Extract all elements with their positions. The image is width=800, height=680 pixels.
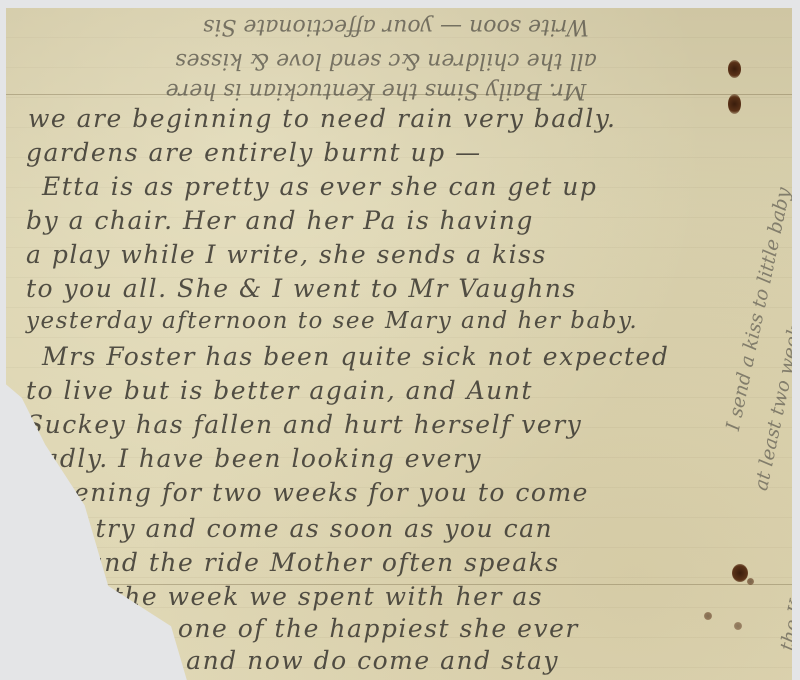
- letter-line: evening for two weeks for you to come: [42, 478, 589, 507]
- upside-down-line: Write soon — your affectionate Sis: [131, 14, 661, 39]
- letter-line: Mrs Foster has been quite sick not expec…: [42, 342, 669, 371]
- letter-line: to you all. She & I went to Mr Vaughns: [26, 274, 577, 303]
- ink-stain: [747, 578, 754, 585]
- letter-line: badly. I have been looking every: [26, 444, 482, 473]
- letter-line: do try and come as soon as you can: [52, 514, 553, 543]
- ink-stain: [704, 612, 712, 620]
- letter-line: we are beginning to need rain very badly…: [28, 104, 616, 133]
- letter-line: a play while I write, she sends a kiss: [26, 240, 547, 269]
- letter-line: Etta is as pretty as ever she can get up: [42, 172, 597, 201]
- upside-down-line: all the children &c send love & kisses: [46, 48, 726, 73]
- letter-line: yesterday afternoon to see Mary and her …: [26, 308, 638, 334]
- margin-crosswriting: the Kentuckian: [776, 505, 800, 652]
- letter-line: to live but is better again, and Aunt: [26, 376, 533, 405]
- ink-stain: [734, 622, 742, 630]
- letter-line: stand the ride Mother often speaks: [62, 548, 560, 577]
- letter-line: gardens are entirely burnt up —: [26, 138, 482, 167]
- letter-line: Suckey has fallen and hurt herself very: [26, 410, 582, 439]
- letter-line: by a chair. Her and her Pa is having: [26, 206, 534, 235]
- letter-line: spent, and now do come and stay: [90, 646, 559, 675]
- letter-line: of the week we spent with her as: [76, 582, 543, 611]
- ink-stain: [732, 564, 748, 582]
- letter-page: Write soon — your affectionate Sis all t…: [6, 8, 792, 680]
- ink-stain: [728, 94, 741, 114]
- letter-line: being one of the happiest she ever: [90, 614, 579, 643]
- ink-stain: [728, 60, 741, 78]
- upside-down-line: Mr. Baily Sims the Kentuckian is here: [16, 78, 736, 103]
